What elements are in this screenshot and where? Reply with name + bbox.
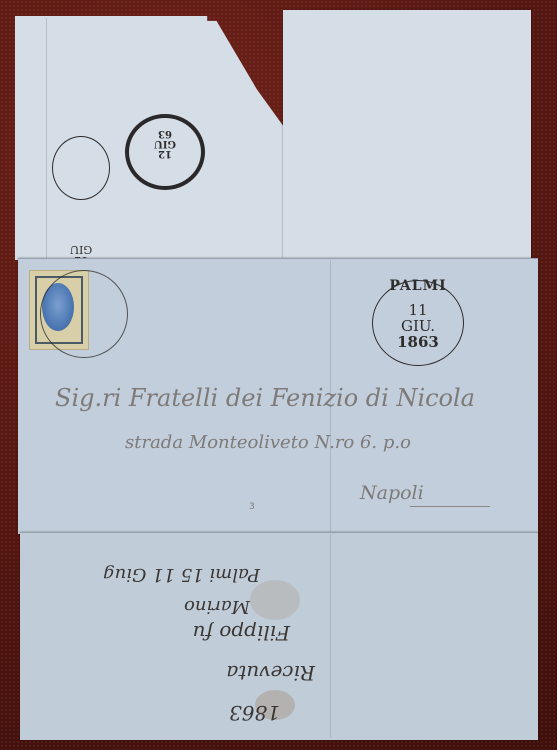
postmark-town: PALMI — [373, 279, 463, 293]
top-right-flap — [283, 10, 531, 260]
stamp-cancel-postmark — [40, 270, 128, 358]
address-line-3: Napoli — [360, 482, 424, 504]
postmark-line: GIU — [53, 244, 109, 255]
fold-crease — [18, 258, 538, 259]
postmark-line: 63 — [129, 128, 201, 138]
address-line-2: strada Monteoliveto N.ro 6. p.o — [125, 432, 411, 453]
postmark-back-oval: JIST 12 GIU — [52, 136, 110, 200]
docket-line: Palmi 15 11 Giug — [103, 564, 260, 585]
docket-line: Ricevuta — [226, 661, 315, 685]
fold-crease — [46, 18, 47, 258]
postmark-back-round: 12 GIU 63 — [125, 114, 205, 190]
address-line-1: Sig.ri Fratelli dei Fenizio di Nicola — [55, 384, 475, 412]
postmark-month: GIU. — [373, 319, 463, 334]
fold-crease — [20, 532, 538, 533]
docket-line: Marino — [184, 596, 250, 617]
postmark-line: 12 — [129, 148, 201, 158]
docket-line: Filippo fu — [193, 621, 290, 645]
underline — [410, 506, 490, 507]
docket-year: 1863 — [229, 701, 280, 725]
postmark-day: 11 — [373, 303, 463, 318]
fold-crease — [330, 534, 331, 738]
postmark-year: 1863 — [373, 335, 463, 350]
docket-notation: 1863 Ricevuta Filippo fu Marino Palmi 15… — [80, 540, 320, 735]
postmark-line: GIU — [129, 138, 201, 148]
postmark-palmi: PALMI 11 GIU. 1863 — [372, 280, 464, 366]
pencil-mark: 3 — [249, 502, 255, 512]
